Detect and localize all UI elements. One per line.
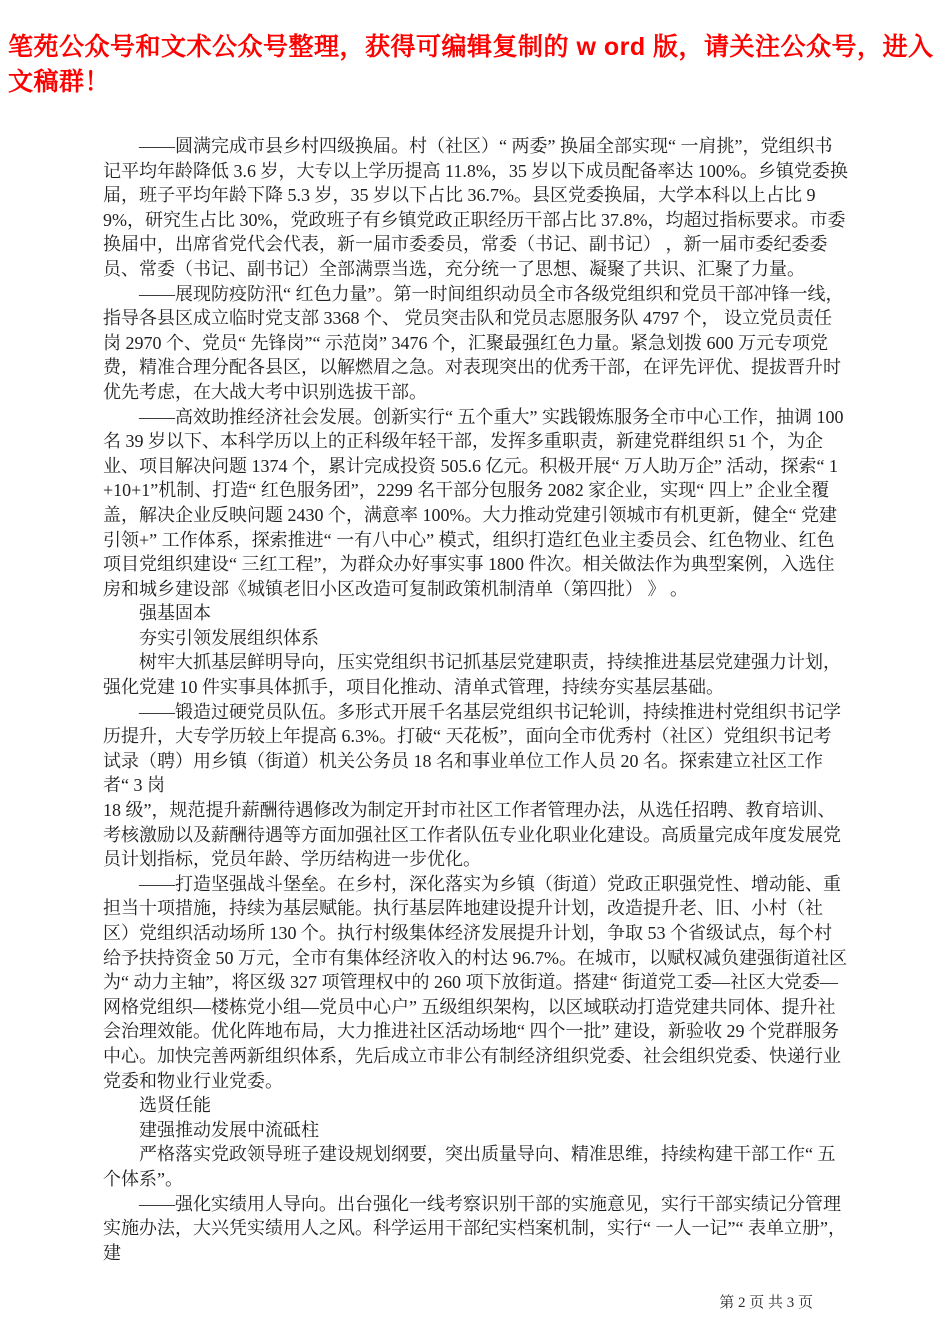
paragraph: 选贤任能 <box>103 1093 848 1118</box>
promo-banner: 笔苑公众号和文术公众号整理，获得可编辑复制的 w ord 版，请关注公众号，进入… <box>0 0 950 100</box>
paragraph: 树牢大抓基层鲜明导向，压实党组织书记抓基层党建职责，持续推进基层党建强力计划，强… <box>103 650 848 699</box>
paragraph: 建强推动发展中流砥柱 <box>103 1118 848 1143</box>
paragraph: 严格落实党政领导班子建设规划纲要，突出质量导向、精准思维，持续构建干部工作“ 五… <box>103 1142 848 1191</box>
page-number-label: 第 2 页 共 3 页 <box>719 1295 813 1311</box>
paragraph: 强基固本 <box>103 601 848 626</box>
paragraph: ——圆满完成市县乡村四级换届。村（社区）“ 两委” 换届全部实现“ 一肩挑”，党… <box>103 134 848 282</box>
document-body: ——圆满完成市县乡村四级换届。村（社区）“ 两委” 换届全部实现“ 一肩挑”，党… <box>103 134 848 1265</box>
paragraph: ——打造坚强战斗堡垒。在乡村，深化落实为乡镇（街道）党政正职强党性、增动能、重担… <box>103 872 848 1093</box>
document-page: 笔苑公众号和文术公众号整理，获得可编辑复制的 w ord 版，请关注公众号，进入… <box>0 0 950 1344</box>
paragraph: ——强化实绩用人导向。出台强化一线考察识别干部的实施意见，实行干部实绩记分管理实… <box>103 1192 848 1266</box>
paragraph: ——展现防疫防汛“ 红色力量”。第一时间组织动员全市各级党组织和党员干部冲锋一线… <box>103 282 848 405</box>
page-footer: 第 2 页 共 3 页 <box>0 1293 950 1313</box>
paragraph: ——高效助推经济社会发展。创新实行“ 五个重大” 实践锻炼服务全市中心工作，抽调… <box>103 405 848 602</box>
paragraph: 夯实引领发展组织体系 <box>103 626 848 651</box>
paragraph: ——锻造过硬党员队伍。多形式开展千名基层党组织书记轮训，持续推进村党组织书记学历… <box>103 700 848 872</box>
